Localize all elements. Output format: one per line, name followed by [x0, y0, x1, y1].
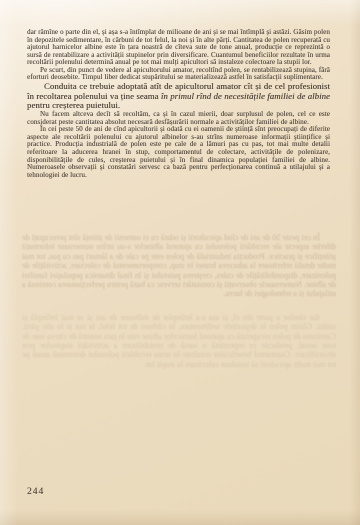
paragraph-conduita-tail: pentru creșterea puietului.: [27, 100, 120, 110]
paragraph-nu-facem: Nu facem altceva decît să recoltăm, ca ș…: [27, 111, 330, 126]
paragraph-conduita: Conduita ce trebuie adoptată atît de api…: [27, 82, 330, 111]
paragraph-continuation: dar rămîne o parte din el, și așa s-a în…: [27, 29, 330, 67]
bleed-through-text: În cei peste 50 de ani de cînd apicultor…: [22, 233, 336, 383]
scanned-book-page: În cei peste 50 de ani de cînd apicultor…: [0, 0, 360, 525]
ghost-paragraph: dar rămîne o parte din el, și așa s-a în…: [22, 313, 336, 369]
ghost-paragraph: În cei peste 50 de ani de cînd apicultor…: [22, 233, 336, 299]
page-text-block: dar rămîne o parte din el, și așa s-a în…: [27, 29, 330, 179]
paragraph-pe-scurt: Pe scurt, din punct de vedere al apicult…: [27, 67, 330, 82]
paragraph-istoric-recoltare: În cei peste 50 de ani de cînd apicultor…: [27, 126, 330, 179]
page-number: 244: [27, 487, 44, 497]
italic-emphasis: în primul rînd de necesitățile familiei …: [161, 91, 330, 101]
